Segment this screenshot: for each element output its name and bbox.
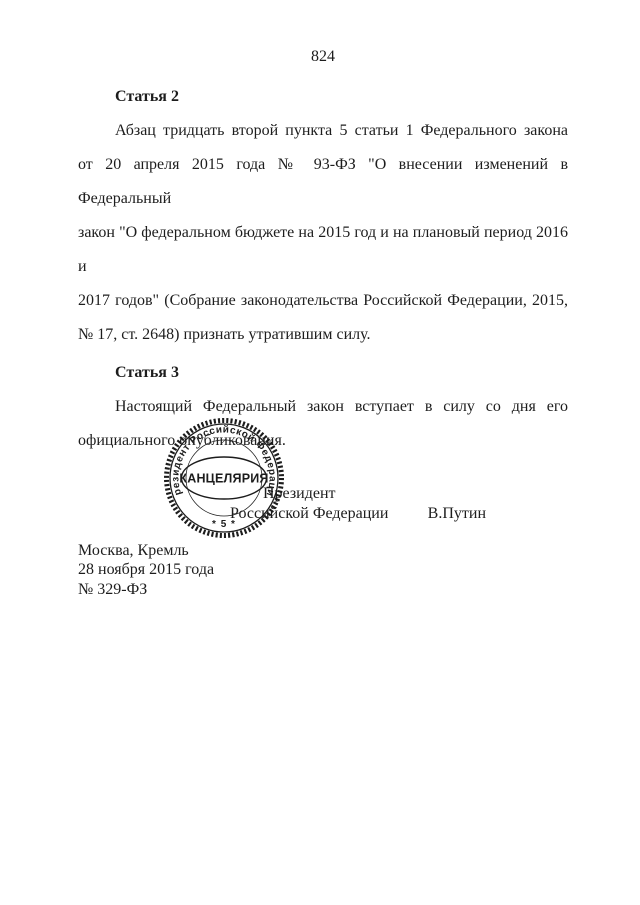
stamp-center-text: КАНЦЕЛЯРИЯ	[179, 472, 268, 486]
document-line: Абзац тридцать второй пункта 5 статьи 1 …	[78, 114, 568, 148]
signature-name: В.Путин	[428, 504, 486, 523]
document-line: Настоящий Федеральный закон вступает в с…	[78, 390, 568, 424]
official-stamp: Президент Российской Федерации КАНЦЕЛЯРИ…	[160, 414, 288, 542]
document-line: официального опубликования.	[78, 424, 568, 458]
stamp-bottom-text: * 5 *	[212, 519, 236, 530]
document-line: закон "О федеральном бюджете на 2015 год…	[78, 216, 568, 284]
page-number: 824	[78, 48, 568, 66]
article-3-heading: Статья 3	[78, 356, 568, 390]
document-line: 2017 годов" (Собрание законодательства Р…	[78, 284, 568, 318]
article-2-heading: Статья 2	[78, 80, 568, 114]
document-line: № 17, ст. 2648) признать утратившим силу…	[78, 318, 568, 352]
footer-block: Москва, Кремль 28 ноября 2015 года № 329…	[78, 541, 214, 599]
footer-city: Москва, Кремль	[78, 541, 214, 560]
footer-date: 28 ноября 2015 года	[78, 560, 214, 579]
document-body: Статья 2 Абзац тридцать второй пункта 5 …	[78, 80, 568, 458]
stamp-graphic: Президент Российской Федерации КАНЦЕЛЯРИ…	[160, 414, 288, 542]
footer-law-number: № 329-ФЗ	[78, 580, 214, 599]
document-line: от 20 апреля 2015 года № 93-ФЗ "О внесен…	[78, 148, 568, 216]
